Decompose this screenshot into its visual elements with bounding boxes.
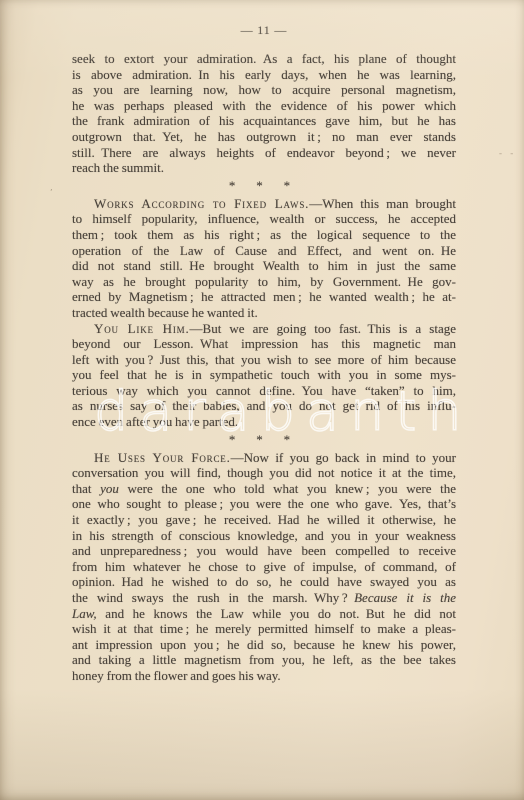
italic-text: you (100, 481, 119, 496)
page-number: — 11 — (72, 22, 456, 38)
text-line: opinion. Had he wished to do so, he coul… (72, 574, 456, 590)
italic-text: Because it is the (354, 590, 456, 605)
asterisk-separator: * * * (72, 178, 456, 194)
text-line: way as he brought popularity to him, by … (72, 274, 456, 290)
text-line: them ; took them as his right ; as the l… (72, 227, 456, 243)
text-line: ence even after you have parted. (72, 414, 456, 430)
text-line: it exactly ; you gave ; he received. Had… (72, 512, 456, 528)
paragraph: seek to extort your admiration. As a fac… (72, 51, 456, 176)
text-line: seek to extort your admiration. As a fac… (72, 51, 456, 67)
body-text: seek to extort your admiration. As a fac… (72, 51, 456, 684)
text-line: the wind sways the rush in the marsh. Wh… (72, 590, 456, 606)
scan-artifact: - - (499, 148, 516, 158)
text-line: He Uses Your Force.—Now if you go back i… (72, 450, 456, 466)
text-line: from him whatever he chose to give of im… (72, 559, 456, 575)
text-line: reach the summit. (72, 160, 456, 176)
text-line: the frank admiration of his acquaintance… (72, 113, 456, 129)
text-line: did not stand still. He brought Wealth t… (72, 258, 456, 274)
text-line: is above admiration. In his early days, … (72, 67, 456, 83)
text-line: conversation you will find, though you d… (72, 465, 456, 481)
text-column: — 11 — seek to extort your admiration. A… (72, 22, 456, 684)
text-line: to himself popularity, influence, wealth… (72, 211, 456, 227)
text-line: you feel that he is in sympathetic touch… (72, 367, 456, 383)
text-line: ant impression upon you ; he did so, bec… (72, 637, 456, 653)
text-line: You Like Him.—But we are going too fast.… (72, 321, 456, 337)
paragraph: Works According to Fixed Laws.—When this… (72, 196, 456, 321)
text-line: tracted wealth because he wanted it. (72, 305, 456, 321)
text-line: terious way which you cannot define. You… (72, 383, 456, 399)
text-line: beyond our Lesson. What impression has t… (72, 336, 456, 352)
italic-text: Law, (72, 606, 97, 621)
smallcaps-lead: Works According to Fixed Laws. (94, 196, 309, 211)
smallcaps-lead: You Like Him. (94, 321, 190, 336)
text-line: as nurses say of their babies, and you d… (72, 398, 456, 414)
text-line: one who sought to please ; you were the … (72, 496, 456, 512)
asterisk-separator: * * * (72, 432, 456, 448)
text-line: that you were the one who told what you … (72, 481, 456, 497)
text-line: left with you ? Just this, that you wish… (72, 352, 456, 368)
paragraph: He Uses Your Force.—Now if you go back i… (72, 450, 456, 684)
text-line: still. There are always heights of endea… (72, 145, 456, 161)
scanned-book-page: — 11 — seek to extort your admiration. A… (0, 0, 524, 800)
text-line: Works According to Fixed Laws.—When this… (72, 196, 456, 212)
text-line: and unpreparedness ; you would have been… (72, 543, 456, 559)
text-line: Law, and he knows the Law while you do n… (72, 606, 456, 622)
scan-artifact: , (50, 182, 55, 192)
text-line: wish it at that time ; he merely permitt… (72, 621, 456, 637)
text-line: erned by Magnetism ; he attracted men ; … (72, 289, 456, 305)
text-line: operation of the Law of Cause and Effect… (72, 243, 456, 259)
smallcaps-lead: He Uses Your Force. (94, 450, 231, 465)
text-line: and taking a little magnetism from you, … (72, 652, 456, 668)
text-line: he was perhaps pleased with the evidence… (72, 98, 456, 114)
text-line: outgrown that. Yet, he has outgrown it ;… (72, 129, 456, 145)
text-line: in his strength of conscious knowledge, … (72, 528, 456, 544)
text-line: honey from the flower and goes his way. (72, 668, 456, 684)
text-line: as you are learning now, how to acquire … (72, 82, 456, 98)
paragraph: You Like Him.—But we are going too fast.… (72, 321, 456, 430)
